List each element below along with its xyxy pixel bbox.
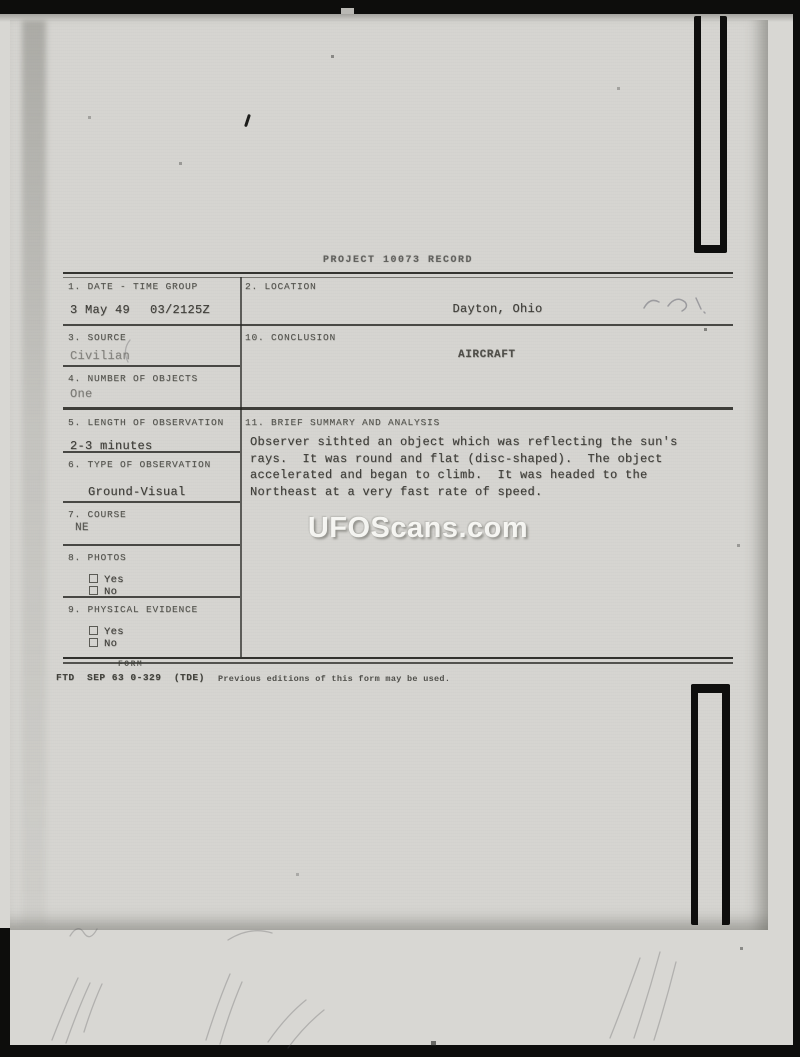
field-date-time-group: 1. DATE - TIME GROUP 3 May 4903/2125Z [63, 277, 240, 326]
checkbox-icon [89, 638, 98, 647]
scan-edge-top-shadow [0, 14, 794, 22]
checkbox-group: Yes No [89, 626, 124, 650]
field-conclusion: 10. CONCLUSION AIRCRAFT [240, 328, 733, 410]
option-label: No [104, 586, 117, 598]
photos-yes-option: Yes [89, 574, 124, 586]
evidence-yes-option: Yes [89, 626, 124, 638]
field-label: 10. CONCLUSION [240, 328, 733, 343]
field-label: 2. LOCATION [240, 277, 733, 292]
field-label: 5. LENGTH OF OBSERVATION [63, 413, 240, 428]
field-label: 6. TYPE OF OBSERVATION [63, 455, 240, 470]
field-value: NE [75, 522, 89, 534]
option-label: Yes [104, 626, 124, 638]
dust-speckles [0, 0, 1, 1]
table-bottom-rule [63, 657, 733, 664]
field-label: 9. PHYSICAL EVIDENCE [63, 600, 240, 615]
field-course: 7. COURSE NE [63, 505, 240, 546]
field-label: 3. SOURCE [63, 328, 240, 343]
field-location: 2. LOCATION Dayton, Ohio [240, 277, 733, 326]
time-value: 03/2125Z [150, 303, 210, 317]
binder-mark-bottom-icon [691, 684, 730, 925]
field-source: 3. SOURCE Civilian [63, 328, 240, 367]
footer-form-word: FORM [118, 660, 143, 669]
field-value: Civilian [70, 349, 130, 363]
evidence-no-option: No [89, 638, 124, 650]
checkbox-icon [89, 586, 98, 595]
scan-edge-left [0, 928, 10, 1057]
field-brief-summary: 11. BRIEF SUMMARY AND ANALYSIS Observer … [240, 413, 733, 655]
date-value: 3 May 49 [70, 303, 130, 317]
field-number-of-objects: 4. NUMBER OF OBJECTS One [63, 369, 240, 410]
option-label: No [104, 638, 117, 650]
field-type-of-observation: 6. TYPE OF OBSERVATION Ground-Visual [63, 455, 240, 503]
scanned-document-page: { "watermark": { "text": "UFOScans.com" … [0, 0, 800, 1057]
footer-form-number: FTD SEP 63 0-329 (TDE) [56, 672, 205, 683]
summary-text: Observer sithted an object which was ref… [250, 434, 712, 500]
scan-edge-right [793, 0, 800, 1057]
checkbox-group: Yes No [89, 574, 124, 598]
field-label: 11. BRIEF SUMMARY AND ANALYSIS [240, 413, 733, 428]
checkbox-icon [89, 574, 98, 583]
field-physical-evidence: 9. PHYSICAL EVIDENCE Yes No [63, 600, 240, 655]
field-label: 8. PHOTOS [63, 548, 240, 563]
photos-no-option: No [89, 586, 124, 598]
option-label: Yes [104, 574, 124, 586]
form-title: PROJECT 10073 RECORD [63, 255, 733, 266]
scan-edge-top [0, 0, 800, 14]
footer-note: Previous editions of this form may be us… [218, 674, 450, 684]
field-value: Dayton, Ohio [240, 302, 733, 316]
scan-edge-bottom [0, 1045, 800, 1057]
checkbox-icon [89, 626, 98, 635]
field-value: AIRCRAFT [458, 349, 516, 361]
field-label: 4. NUMBER OF OBJECTS [63, 369, 240, 384]
field-value: Ground-Visual [88, 485, 186, 499]
binder-mark-top-icon [694, 16, 727, 253]
field-photos: 8. PHOTOS Yes No [63, 548, 240, 598]
field-label: 7. COURSE [63, 505, 240, 520]
field-label: 1. DATE - TIME GROUP [63, 277, 240, 292]
field-value: One [70, 387, 93, 401]
page-curl-shadow [22, 20, 46, 925]
field-value: 3 May 4903/2125Z [70, 303, 210, 317]
field-length-of-observation: 5. LENGTH OF OBSERVATION 2-3 minutes [63, 413, 240, 453]
field-value: 2-3 minutes [70, 439, 153, 453]
record-form: PROJECT 10073 RECORD 1. DATE - TIME GROU… [63, 255, 733, 667]
